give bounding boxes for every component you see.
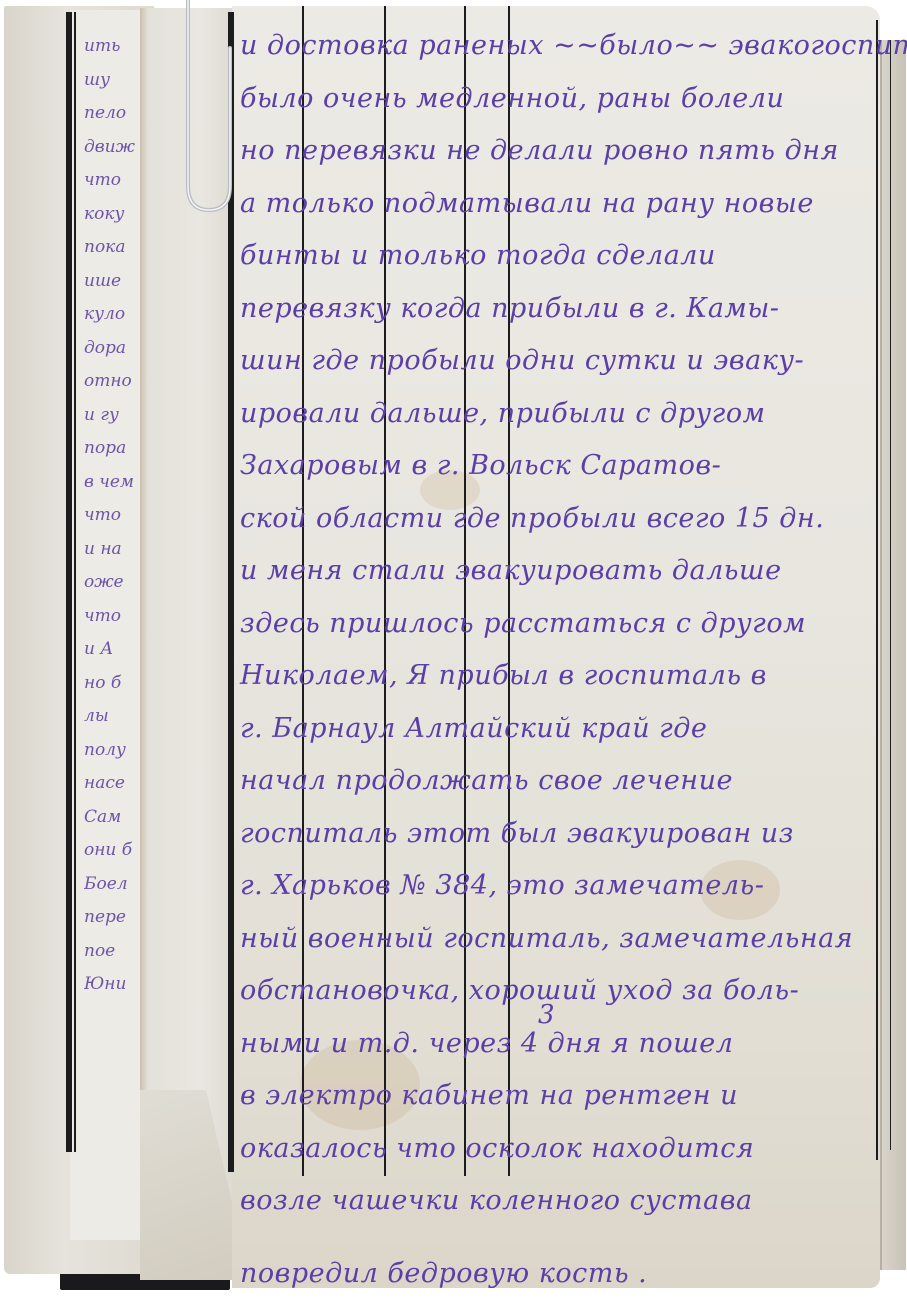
text-line: Николаем, Я прибыл в госпиталь в: [240, 650, 880, 703]
text-line: ской области где пробыли всего 15 дн.: [240, 493, 880, 546]
text-line: Захаровым в г. Вольск Саратов-: [240, 440, 880, 493]
text-line: ный военный госпиталь, замечательная: [240, 913, 880, 966]
text-line: перевязку когда прибыли в г. Камы-: [240, 283, 880, 336]
text-line: начал продолжать свое лечение: [240, 755, 880, 808]
text-line: но перевязки не делали ровно пять дня: [240, 125, 880, 178]
text-line: шин где пробыли одни сутки и эваку-: [240, 335, 880, 388]
paperclip-icon[interactable]: [180, 0, 238, 216]
page-edge: [880, 40, 906, 1270]
text-line: оказалось что осколок находится: [240, 1123, 880, 1176]
text-line: в электро кабинет на рентген и: [240, 1070, 880, 1123]
text-line: повредил бедровую кость .: [240, 1248, 880, 1300]
handwritten-text: и достовка раненых ~~было~~ эвакогоспита…: [240, 20, 880, 1300]
text-line: и меня стали эвакуировать дальше: [240, 545, 880, 598]
text-line: было очень медленной, раны болели: [240, 73, 880, 126]
left-page-double-rule: [66, 12, 72, 1152]
text-line: и достовка раненых ~~было~~ эвакогоспита…: [240, 20, 880, 73]
text-line: а только подматывали на рану новые: [240, 178, 880, 231]
text-line: здесь пришлось расстаться с другом: [240, 598, 880, 651]
text-line: ировали дальше, прибыли с другом: [240, 388, 880, 441]
right-edge-rule: [890, 40, 891, 1150]
text-line: бинты и только тогда сделали: [240, 230, 880, 283]
text-line: ными и т.д. через 4 дня я пошел: [240, 1018, 880, 1071]
text-line: госпиталь этот был эвакуирован из: [240, 808, 880, 861]
text-line: г. Барнаул Алтайский край где: [240, 703, 880, 756]
text-line: г. Харьков № 384, это замечатель-: [240, 860, 880, 913]
text-line: возле чашечки коленного сустава: [240, 1175, 880, 1228]
page-marker: 3: [538, 1000, 555, 1030]
left-page-rule: [74, 12, 76, 1152]
text-line: обстановочка, хороший уход за боль-: [240, 965, 880, 1018]
